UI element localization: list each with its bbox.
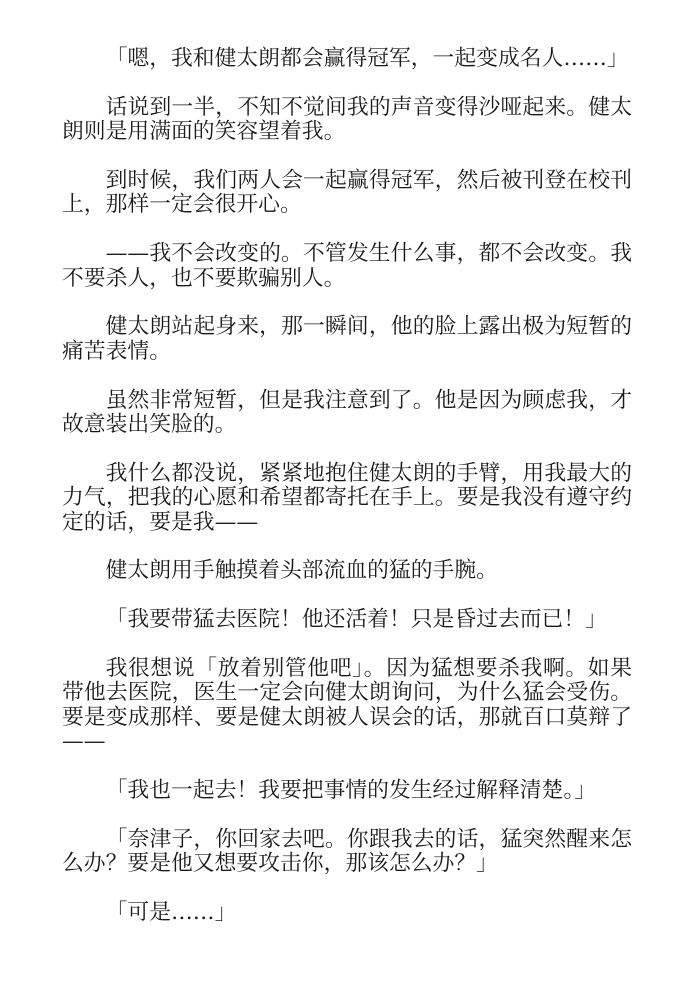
paragraph-1: 「嗯，我和健太朗都会赢得冠军，一起变成名人……」	[62, 47, 632, 71]
paragraph-13: 「可是……」	[62, 901, 632, 925]
document-page: 「嗯，我和健太朗都会赢得冠军，一起变成名人……」 话说到一半，不知不觉间我的声音…	[62, 47, 632, 950]
paragraph-11: 「我也一起去！我要把事情的发生经过解释清楚。」	[62, 779, 632, 803]
paragraph-7: 我什么都没说，紧紧地抱住健太朗的手臂，用我最大的力气，把我的心愿和希望都寄托在手…	[62, 462, 632, 535]
paragraph-12: 「奈津子，你回家去吧。你跟我去的话，猛突然醒来怎么办？要是他又想要攻击你，那该怎…	[62, 828, 632, 877]
paragraph-10: 我很想说「放着别管他吧」。因为猛想要杀我啊。如果带他去医院，医生一定会向健太朗询…	[62, 657, 632, 755]
paragraph-4: ——我不会改变的。不管发生什么事，都不会改变。我不要杀人，也不要欺骗别人。	[62, 242, 632, 291]
paragraph-9: 「我要带猛去医院！他还活着！只是昏过去而已！」	[62, 608, 632, 632]
paragraph-3: 到时候，我们两人会一起赢得冠军，然后被刊登在校刊上，那样一定会很开心。	[62, 169, 632, 218]
paragraph-8: 健太朗用手触摸着头部流血的猛的手腕。	[62, 559, 632, 583]
paragraph-6: 虽然非常短暂，但是我注意到了。他是因为顾虑我，才故意装出笑脸的。	[62, 389, 632, 438]
paragraph-2: 话说到一半，不知不觉间我的声音变得沙哑起来。健太朗则是用满面的笑容望着我。	[62, 96, 632, 145]
paragraph-5: 健太朗站起身来，那一瞬间，他的脸上露出极为短暂的痛苦表情。	[62, 315, 632, 364]
